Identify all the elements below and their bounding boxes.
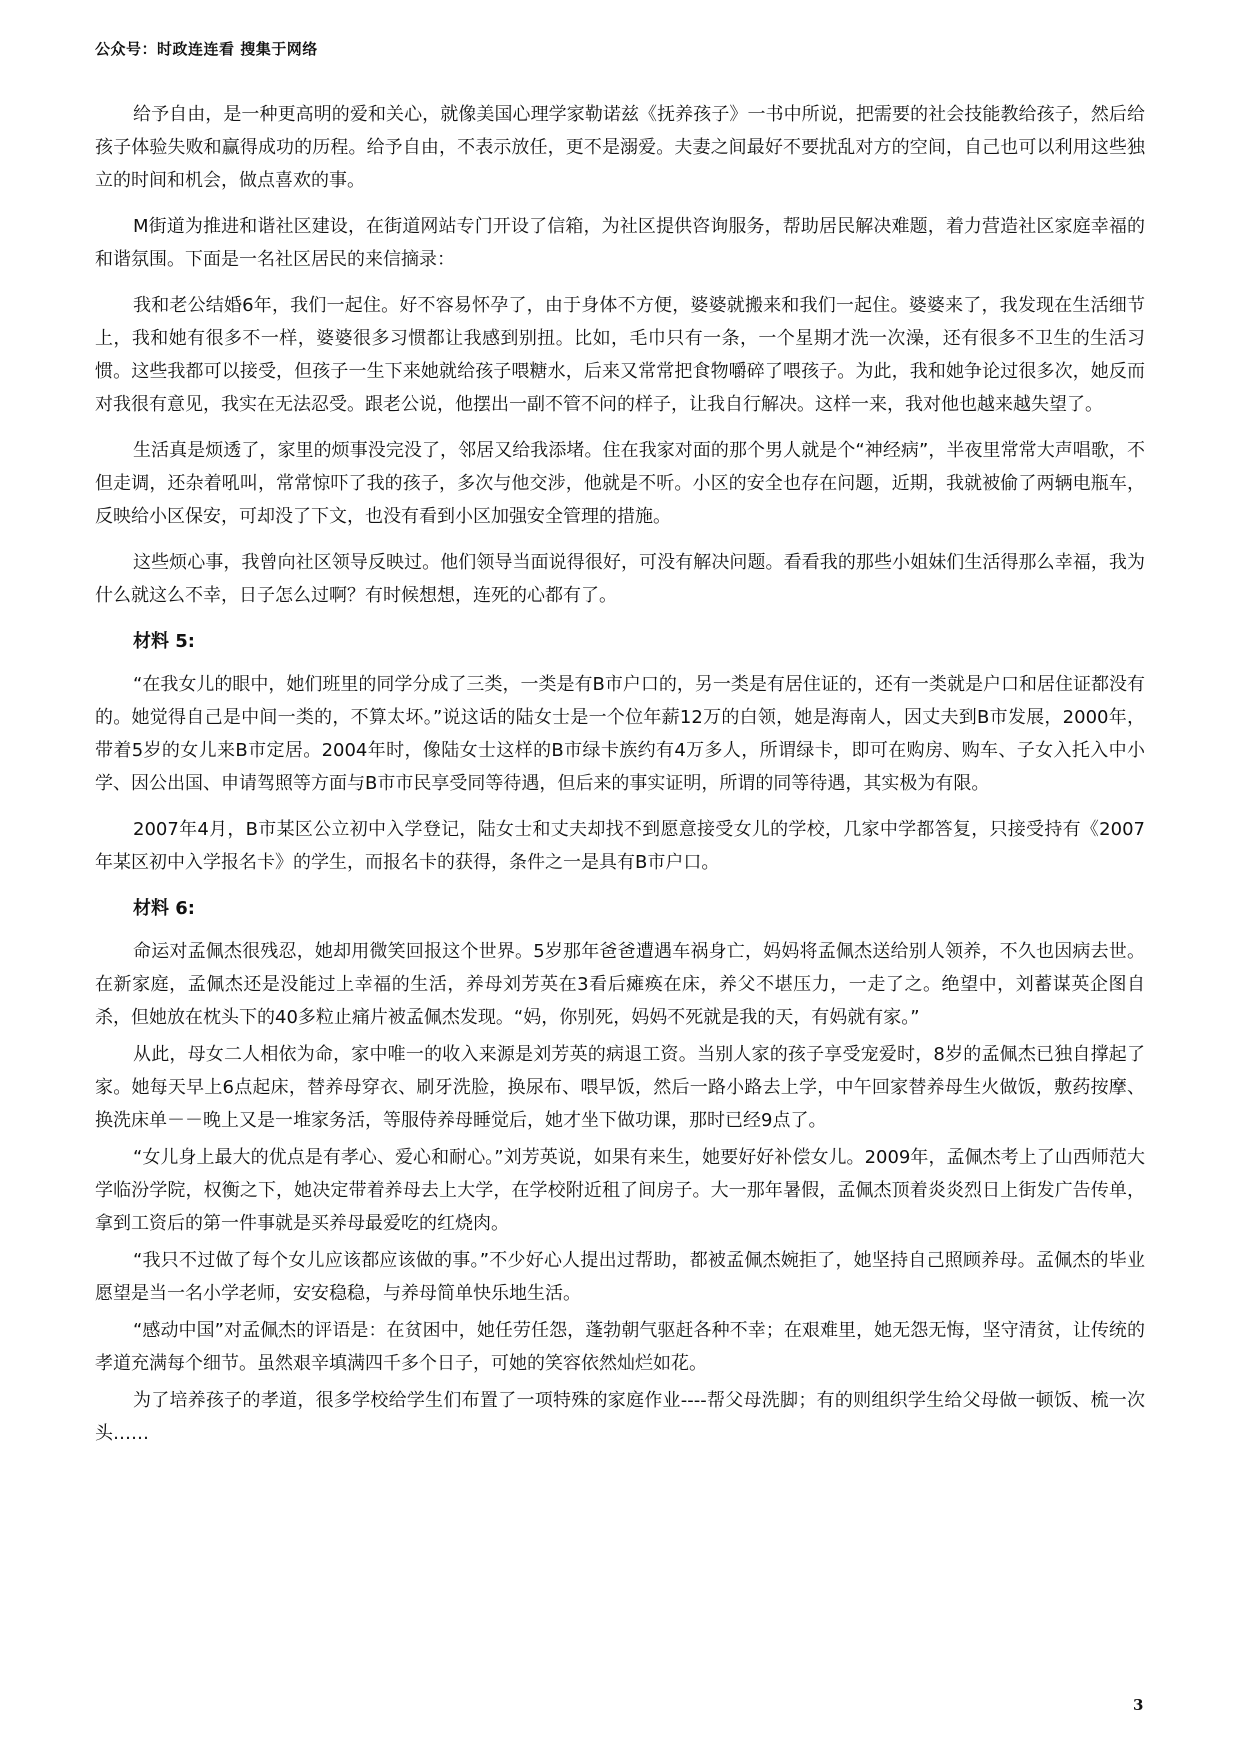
material-5-heading: 材料 5: — [95, 625, 1145, 658]
intro-paragraph-1: 给予自由，是一种更高明的爱和关心，就像美国心理学家勒诺兹《抚养孩子》一书中所说，… — [95, 98, 1145, 197]
intro-paragraph-2: M街道为推进和谐社区建设，在街道网站专门开设了信箱，为社区提供咨询服务，帮助居民… — [95, 210, 1145, 276]
material-6-paragraph-2: 从此，母女二人相依为命，家中唯一的收入来源是刘芳英的病退工资。当别人家的孩子享受… — [95, 1038, 1145, 1137]
material-6-paragraph-6: 为了培养孩子的孝道，很多学校给学生们布置了一项特殊的家庭作业----帮父母洗脚；… — [95, 1384, 1145, 1450]
material-6-paragraph-4: “我只不过做了每个女儿应该都应该做的事。”不少好心人提出过帮助，都被孟佩杰婉拒了… — [95, 1244, 1145, 1310]
material-5-paragraph-1: “在我女儿的眼中，她们班里的同学分成了三类，一类是有B市户口的，另一类是有居住证… — [95, 668, 1145, 800]
letter-paragraph-3: 这些烦心事，我曾向社区领导反映过。他们领导当面说得很好，可没有解决问题。看看我的… — [95, 546, 1145, 612]
material-6-paragraph-5: “感动中国”对孟佩杰的评语是：在贫困中，她任劳任怨，蓬勃朝气驱赶各种不幸；在艰难… — [95, 1314, 1145, 1380]
letter-paragraph-2: 生活真是烦透了，家里的烦事没完没了，邻居又给我添堵。住在我家对面的那个男人就是个… — [95, 434, 1145, 533]
page-number: 3 — [1133, 1696, 1143, 1714]
material-6-heading: 材料 6: — [95, 892, 1145, 925]
material-6-paragraph-3: “女儿身上最大的优点是有孝心、爱心和耐心。”刘芳英说，如果有来生，她要好好补偿女… — [95, 1141, 1145, 1240]
document-body: 给予自由，是一种更高明的爱和关心，就像美国心理学家勒诺兹《抚养孩子》一书中所说，… — [95, 98, 1145, 1454]
material-6-paragraph-1: 命运对孟佩杰很残忍，她却用微笑回报这个世界。5岁那年爸爸遭遇车祸身亡，妈妈将孟佩… — [95, 935, 1145, 1034]
source-header: 公众号：时政连连看 搜集于网络 — [95, 38, 318, 59]
letter-paragraph-1: 我和老公结婚6年，我们一起住。好不容易怀孕了，由于身体不方便，婆婆就搬来和我们一… — [95, 289, 1145, 421]
material-5-paragraph-2: 2007年4月，B市某区公立初中入学登记，陆女士和丈夫却找不到愿意接受女儿的学校… — [95, 813, 1145, 879]
